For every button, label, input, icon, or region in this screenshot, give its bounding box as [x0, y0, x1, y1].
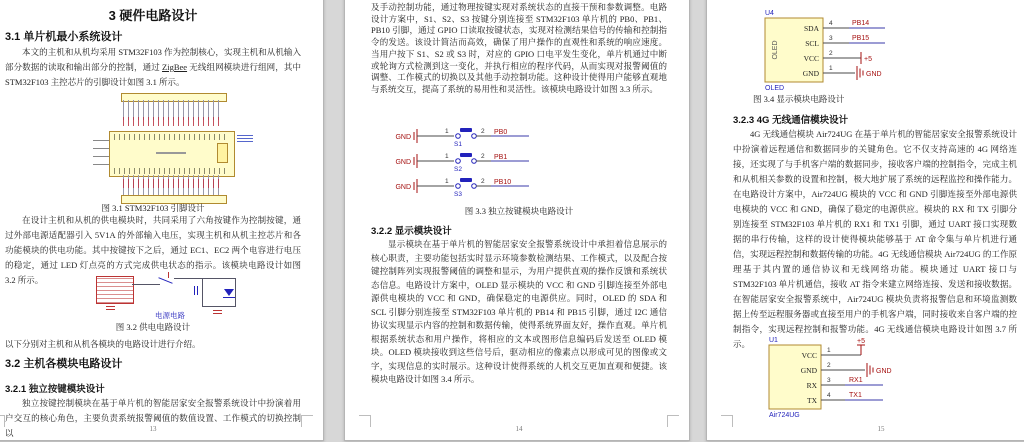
- paragraph: 本文的主机和从机均采用 STM32F103 作为控制核心，实现主机和从机输入部分…: [5, 45, 301, 90]
- paragraph: 及手动控制功能，通过物理按键实现对系统状态的直接干预和参数调整。电路设计方案中，…: [371, 2, 667, 96]
- figure-3-2-caption: 图 3.2 供电电路设计: [5, 321, 301, 333]
- pin-number: 1: [827, 347, 831, 354]
- wire: [174, 278, 236, 279]
- net-label: GND: [876, 368, 892, 375]
- figure-3-2-net-label: 电源电路: [155, 310, 185, 321]
- pin-number: 1: [445, 178, 449, 185]
- button-cap: [460, 153, 472, 157]
- pin-name: VCC: [804, 54, 819, 63]
- component-part: Air724UG: [769, 412, 800, 419]
- figure-3-7-4g-module-circuit: U1 VCC 1 +5 GND 2 GND RX 3 RX1: [761, 334, 956, 418]
- page-number: 15: [733, 425, 1024, 433]
- component-part: OLED: [765, 85, 784, 92]
- figure-3-1-stm32-pin-diagram: [91, 93, 255, 201]
- component-ref: U1: [769, 337, 778, 344]
- capacitor-symbol: [194, 286, 195, 295]
- page-number: 13: [5, 425, 301, 433]
- pin-name: VCC: [802, 351, 817, 360]
- net-label: +5: [857, 338, 865, 345]
- gnd-label: GND: [395, 159, 411, 166]
- pin-number: 2: [481, 128, 485, 135]
- pin-number: 2: [829, 50, 833, 57]
- chip-label-dash: [156, 152, 186, 154]
- heading-3-2: 3.2 主机各模块电路设计: [5, 355, 301, 371]
- button-terminal: [456, 159, 461, 164]
- button-designator: S2: [454, 166, 462, 173]
- zigbee-link[interactable]: ZigBee: [162, 62, 187, 72]
- switch-symbol: [158, 277, 172, 284]
- pin-number: 2: [827, 362, 831, 369]
- net-label: PB1: [494, 154, 507, 161]
- text-boundary-mark: [667, 415, 679, 427]
- pin-labels-bottom: [123, 179, 223, 188]
- figure-3-3-button-circuit: GND 1 S1 2 PB0 GND 1: [397, 122, 547, 198]
- chip-subblock: [217, 143, 228, 163]
- pin-number: 1: [829, 65, 833, 72]
- text-boundary-mark: [359, 415, 371, 427]
- pin-name: GND: [801, 366, 818, 375]
- pin-name: RX: [807, 381, 818, 390]
- net-label: RX1: [849, 377, 863, 384]
- net-label: PB0: [494, 129, 507, 136]
- button-designator: S3: [454, 191, 462, 198]
- pin-name: SDA: [804, 24, 820, 33]
- component-ref: U4: [765, 10, 774, 17]
- ground-symbol: [867, 363, 873, 377]
- gnd-label: GND: [395, 184, 411, 191]
- pin-labels-top: [123, 117, 223, 126]
- button-terminal: [472, 134, 477, 139]
- paragraph: 独立按键控制模块在基于单片机的智能居家安全报警系统设计中扮演着用户交互的核心角色…: [5, 396, 301, 441]
- power-flag: [168, 272, 169, 278]
- paragraph: 显示模块在基于单片机的智能居家安全报警系统设计中承担着信息展示的核心职责，主要功…: [371, 238, 667, 387]
- wire: [132, 284, 160, 285]
- led-bar: [223, 297, 235, 298]
- ground-symbol: [414, 179, 417, 193]
- pin-name: GND: [803, 69, 820, 78]
- text-boundary-mark: [721, 415, 733, 427]
- heading-3-2-3: 3.2.3 4G 无线通信模块设计: [733, 112, 1024, 126]
- ground-symbol: [213, 308, 222, 314]
- heading-3-2-2: 3.2.2 显示模块设计: [371, 223, 667, 237]
- page-13-content: 3 硬件电路设计 3.1 单片机最小系统设计 本文的主机和从机均采用 STM32…: [0, 1, 323, 440]
- power-flag: [857, 345, 865, 355]
- wire: [202, 278, 203, 306]
- pin-number: 1: [445, 153, 449, 160]
- wire: [202, 306, 236, 307]
- pin-number: 3: [829, 35, 833, 42]
- heading-3-1: 3.1 单片机最小系统设计: [5, 28, 301, 44]
- left-pin-stubs: [93, 139, 109, 165]
- page-14: 及手动控制功能，通过物理按键实现对系统状态的直接干预和参数调整。电路设计方案中，…: [344, 0, 690, 441]
- pin-number: 1: [445, 128, 449, 135]
- button-row-s1: GND 1 S1 2 PB0: [395, 128, 529, 148]
- button-row-s2: GND 1 S2 2 PB1: [395, 153, 529, 173]
- page-number: 14: [371, 425, 667, 433]
- figure-3-2-power-circuit: [82, 272, 257, 312]
- button-terminal: [472, 184, 477, 189]
- chip-inner-label: OLED: [772, 40, 779, 59]
- paragraph: 以下分别对主机和从机各模块的电路设计进行介绍。: [5, 337, 301, 352]
- net-label: TX1: [849, 392, 862, 399]
- figure-3-3-caption: 图 3.3 独立按键模块电路设计: [371, 205, 667, 217]
- pin-ticks: [114, 168, 228, 174]
- chapter-title: 3 硬件电路设计: [5, 5, 301, 24]
- net-label: PB14: [852, 20, 869, 27]
- page-14-content: 及手动控制功能，通过物理按键实现对系统状态的直接干预和参数调整。电路设计方案中，…: [345, 1, 689, 440]
- page-13: 3 硬件电路设计 3.1 单片机最小系统设计 本文的主机和从机均采用 STM32…: [0, 0, 324, 441]
- net-label: PB10: [494, 179, 511, 186]
- page-15: U4 OLED SDA 4 PB14 SCL 3 PB15 VCC 2: [706, 0, 1024, 441]
- page-15-content: U4 OLED SDA 4 PB14 SCL 3 PB15 VCC 2: [707, 1, 1024, 440]
- button-terminal: [456, 184, 461, 189]
- button-designator: S1: [454, 141, 462, 148]
- net-label-dash: [237, 135, 253, 142]
- figure-3-4-caption: 图 3.4 显示模块电路设计: [753, 93, 844, 105]
- pin-name: SCL: [805, 39, 819, 48]
- pin-number: 2: [481, 178, 485, 185]
- ground-symbol: [106, 304, 115, 310]
- document-viewer: 3 硬件电路设计 3.1 单片机最小系统设计 本文的主机和从机均采用 STM32…: [0, 0, 1024, 442]
- wire: [235, 278, 236, 306]
- ground-symbol: [414, 129, 417, 143]
- regulator-ic-symbol: [96, 276, 134, 304]
- ground-symbol: [414, 154, 417, 168]
- led-symbol: [224, 289, 234, 296]
- paragraph: 4G 无线通信模块 Air724UG 在基于单片机的智能居家安全报警系统设计中扮…: [733, 127, 1017, 352]
- figure-3-4-oled-circuit: U4 OLED SDA 4 PB14 SCL 3 PB15 VCC 2: [757, 7, 952, 91]
- net-label: PB15: [852, 35, 869, 42]
- net-label: GND: [866, 71, 882, 78]
- text-boundary-mark: [301, 415, 313, 427]
- pin-number: 4: [827, 392, 831, 399]
- button-cap: [460, 178, 472, 182]
- pin-ticks: [114, 134, 228, 140]
- button-terminal: [472, 159, 477, 164]
- pin-number: 2: [481, 153, 485, 160]
- button-row-s3: GND 1 S3 2 PB10: [395, 178, 529, 198]
- pin-number: 4: [829, 20, 833, 27]
- ground-symbol: [857, 66, 863, 80]
- pin-name: TX: [807, 396, 818, 405]
- pin-number: 3: [827, 377, 831, 384]
- heading-3-2-1: 3.2.1 独立按键模块设计: [5, 381, 301, 395]
- net-label: +5: [864, 56, 872, 63]
- button-cap: [460, 128, 472, 132]
- gnd-label: GND: [395, 134, 411, 141]
- button-terminal: [456, 134, 461, 139]
